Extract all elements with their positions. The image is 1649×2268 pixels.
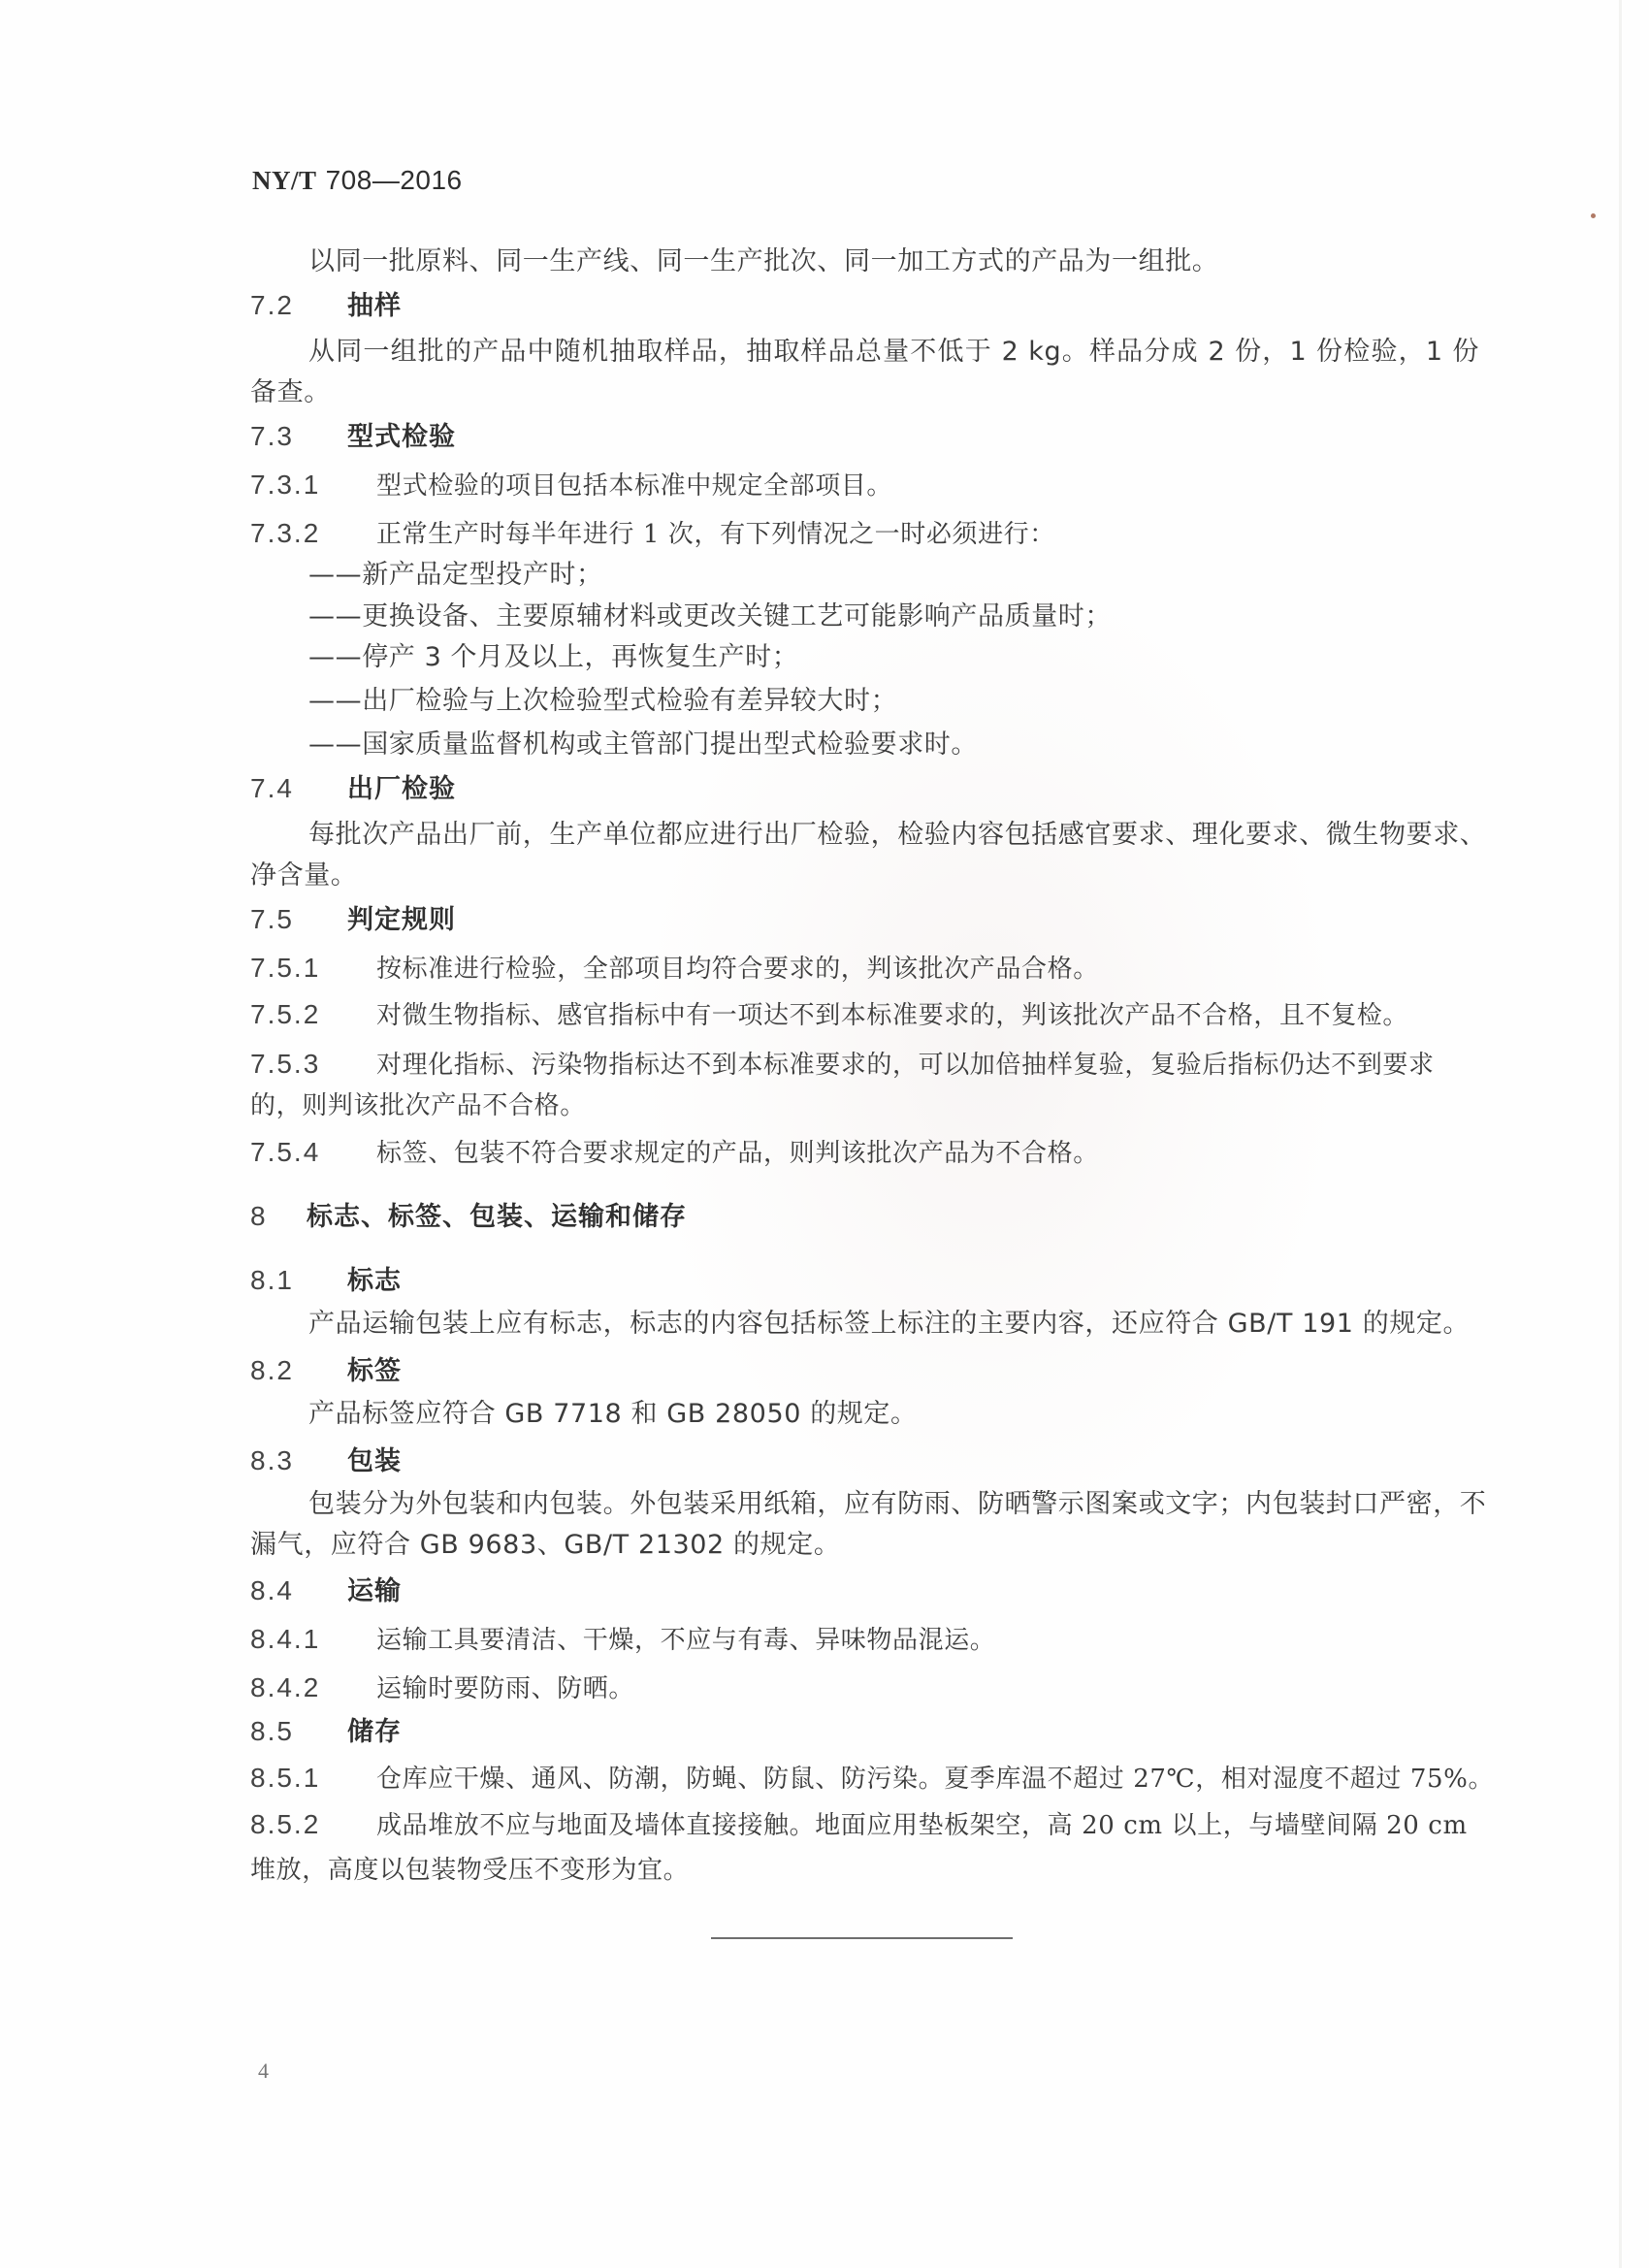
- section-heading-8-3: 8.3包装: [250, 1444, 1479, 1477]
- paragraph-batch-definition: 以同一批原料、同一生产线、同一生产批次、同一加工方式的产品为一组批。: [308, 245, 1479, 278]
- section-title: 抽样: [347, 291, 402, 321]
- section-heading-7-2: 7.2抽样: [250, 289, 1479, 322]
- clause-8-5-2: 8.5.2成品堆放不应与地面及墙体直接接触。地面应用垫板架空，高 20 cm 以…: [250, 1808, 1479, 1841]
- chapter-heading-8: 8标志、标签、包装、运输和储存: [250, 1200, 1479, 1233]
- standard-year-number: 708—2016: [326, 165, 463, 195]
- section-heading-7-5: 7.5判定规则: [250, 903, 1479, 936]
- section-title: 标志: [347, 1266, 402, 1296]
- clause-number: 7.5.3: [250, 1048, 376, 1081]
- paragraph-factory-inspection-line2: 净含量。: [250, 859, 1479, 892]
- section-heading-8-5: 8.5储存: [250, 1715, 1479, 1748]
- section-heading-8-1: 8.1标志: [250, 1264, 1479, 1297]
- list-item: ——出厂检验与上次检验型式检验有差异较大时；: [308, 685, 1537, 718]
- clause-text: 的，则判该批次产品不合格。: [250, 1091, 586, 1120]
- clause-number: 8.5.2: [250, 1808, 376, 1841]
- section-number: 7.2: [250, 289, 347, 322]
- clause-text: 按标准进行检验，全部项目均符合要求的，判该批次产品合格。: [376, 955, 1099, 984]
- clause-text: 堆放，高度以包装物受压不变形为宜。: [250, 1856, 689, 1885]
- section-number: 8.1: [250, 1264, 347, 1297]
- section-heading-8-2: 8.2标签: [250, 1354, 1479, 1387]
- clause-7-3-1: 7.3.1型式检验的项目包括本标准中规定全部项目。: [250, 469, 1479, 502]
- scan-artifact-dot: [1591, 213, 1596, 218]
- clause-text: 运输工具要清洁、干燥，不应与有毒、异味物品混运。: [376, 1626, 995, 1655]
- section-title: 出厂检验: [347, 774, 456, 804]
- clause-number: 7.3.1: [250, 469, 376, 502]
- clause-text: 对理化指标、污染物指标达不到本标准要求的，可以加倍抽样复验，复验后指标仍达不到要…: [376, 1051, 1435, 1080]
- page-number: 4: [258, 2058, 269, 2084]
- section-number: 8.3: [250, 1444, 347, 1477]
- standard-number-header: NY/T 708—2016: [252, 165, 463, 196]
- section-number: 7.4: [250, 772, 347, 805]
- list-item: ——新产品定型投产时；: [308, 559, 1537, 592]
- clause-7-5-4: 7.5.4标签、包装不符合要求规定的产品，则判该批次产品为不合格。: [250, 1136, 1479, 1169]
- chapter-title: 标志、标签、包装、运输和储存: [307, 1202, 687, 1232]
- clause-number: 8.4.1: [250, 1623, 376, 1656]
- section-number: 8.5: [250, 1715, 347, 1748]
- section-heading-7-4: 7.4出厂检验: [250, 772, 1479, 805]
- clause-7-5-3-continuation: 的，则判该批次产品不合格。: [250, 1089, 1479, 1122]
- clause-text: 运输时要防雨、防晒。: [376, 1674, 634, 1703]
- paragraph-factory-inspection-line1: 每批次产品出厂前，生产单位都应进行出厂检验，检验内容包括感官要求、理化要求、微生…: [308, 819, 1479, 852]
- paragraph-label: 产品标签应符合 GB 7718 和 GB 28050 的规定。: [308, 1398, 1479, 1431]
- clause-8-5-2-continuation: 堆放，高度以包装物受压不变形为宜。: [250, 1854, 1479, 1887]
- section-number: 7.5: [250, 903, 347, 936]
- standard-code: NY/T: [252, 166, 317, 195]
- clause-text: 正常生产时每半年进行 1 次，有下列情况之一时必须进行：: [376, 520, 1055, 549]
- clause-number: 7.5.1: [250, 952, 376, 985]
- section-title: 判定规则: [347, 905, 456, 935]
- scan-page-edge: [1619, 0, 1622, 2268]
- paragraph-sampling-line1: 从同一组批的产品中随机抽取样品，抽取样品总量不低于 2 kg。样品分成 2 份，…: [308, 336, 1479, 369]
- paragraph-packaging-line1: 包装分为外包装和内包装。外包装采用纸箱，应有防雨、防晒警示图案或文字；内包装封口…: [308, 1488, 1479, 1521]
- section-number: 7.3: [250, 420, 347, 453]
- clause-text: 型式检验的项目包括本标准中规定全部项目。: [376, 471, 892, 501]
- section-title: 型式检验: [347, 422, 456, 452]
- section-title: 储存: [347, 1717, 402, 1747]
- clause-text: 成品堆放不应与地面及墙体直接接触。地面应用垫板架空，高 20 cm 以上，与墙壁…: [376, 1811, 1468, 1840]
- section-heading-8-4: 8.4运输: [250, 1574, 1479, 1607]
- clause-7-5-1: 7.5.1按标准进行检验，全部项目均符合要求的，判该批次产品合格。: [250, 952, 1479, 985]
- clause-7-5-3: 7.5.3对理化指标、污染物指标达不到本标准要求的，可以加倍抽样复验，复验后指标…: [250, 1048, 1479, 1081]
- list-item: ——停产 3 个月及以上，再恢复生产时；: [308, 641, 1537, 674]
- section-number: 8.2: [250, 1354, 347, 1387]
- section-heading-7-3: 7.3型式检验: [250, 420, 1479, 453]
- list-item: ——国家质量监督机构或主管部门提出型式检验要求时。: [308, 729, 1537, 761]
- clause-8-5-1: 8.5.1仓库应干燥、通风、防潮，防蝇、防鼠、防污染。夏季库温不超过 27℃，相…: [250, 1762, 1479, 1795]
- clause-text: 对微生物指标、感官指标中有一项达不到本标准要求的，判该批次产品不合格，且不复检。: [376, 1001, 1408, 1030]
- clause-number: 7.5.2: [250, 998, 376, 1031]
- list-item: ——更换设备、主要原辅材料或更改关键工艺可能影响产品质量时；: [308, 600, 1537, 633]
- clause-7-3-2: 7.3.2正常生产时每半年进行 1 次，有下列情况之一时必须进行：: [250, 517, 1479, 550]
- paragraph-packaging-line2: 漏气，应符合 GB 9683、GB/T 21302 的规定。: [250, 1529, 1479, 1562]
- chapter-number: 8: [250, 1200, 307, 1233]
- section-title: 包装: [347, 1446, 402, 1476]
- section-title: 标签: [347, 1356, 402, 1386]
- clause-number: 7.3.2: [250, 517, 376, 550]
- paragraph-marking: 产品运输包装上应有标志，标志的内容包括标签上标注的主要内容，还应符合 GB/T …: [308, 1308, 1479, 1341]
- clause-number: 7.5.4: [250, 1136, 376, 1169]
- end-of-standard-rule: [711, 1937, 1013, 1939]
- section-title: 运输: [347, 1576, 402, 1606]
- clause-number: 8.5.1: [250, 1762, 376, 1795]
- paragraph-sampling-line2: 备查。: [250, 376, 1479, 409]
- clause-7-5-2: 7.5.2对微生物指标、感官指标中有一项达不到本标准要求的，判该批次产品不合格，…: [250, 998, 1479, 1031]
- section-number: 8.4: [250, 1574, 347, 1607]
- clause-8-4-1: 8.4.1运输工具要清洁、干燥，不应与有毒、异味物品混运。: [250, 1623, 1479, 1656]
- clause-text: 仓库应干燥、通风、防潮，防蝇、防鼠、防污染。夏季库温不超过 27℃，相对湿度不超…: [376, 1765, 1494, 1794]
- clause-8-4-2: 8.4.2运输时要防雨、防晒。: [250, 1671, 1479, 1704]
- clause-text: 标签、包装不符合要求规定的产品，则判该批次产品为不合格。: [376, 1139, 1099, 1168]
- clause-number: 8.4.2: [250, 1671, 376, 1704]
